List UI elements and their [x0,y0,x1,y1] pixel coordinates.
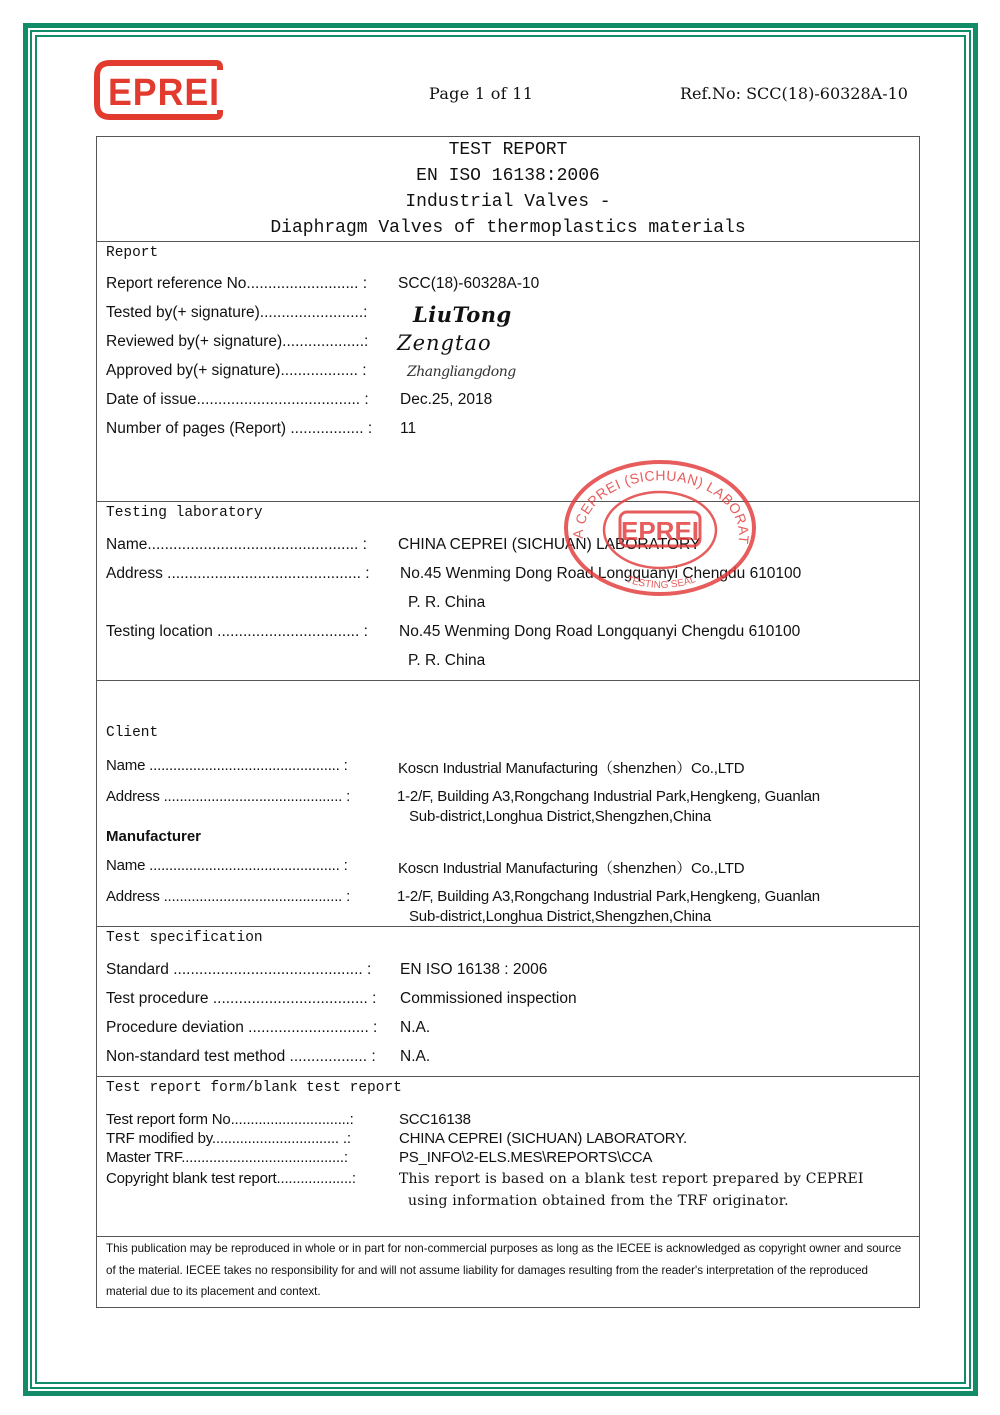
reference-number: Ref.No: SCC(18)-60328A-10 [680,84,908,103]
field-label: Address ................................… [106,888,350,905]
manufacturer-address-cont: Sub-district,Longhua District,Shengzhen,… [409,908,711,925]
divider [97,1076,919,1077]
divider [97,501,919,502]
field-label: Number of pages (Report) ...............… [106,420,372,438]
report-reference-row: Report reference No.....................… [106,275,367,293]
field-value: SCC(18)-60328A-10 [398,275,539,293]
field-label: Report reference No.....................… [106,275,367,293]
field-label: Non-standard test method ...............… [106,1048,376,1066]
trf-number-row: Test report form No.....................… [106,1111,354,1128]
copyright-row: Copyright blank test report.............… [106,1170,356,1187]
number-of-pages-row: Number of pages (Report) ...............… [106,420,372,438]
report-title: TEST REPORT [97,140,919,160]
divider [97,926,919,927]
manufacturer-address-row: Address ................................… [106,888,350,905]
section-title-manufacturer: Manufacturer [106,828,201,845]
field-label: Test report form No.....................… [106,1111,354,1128]
section-title-test-report-form: Test report form/blank test report [106,1080,402,1096]
section-title-client: Client [106,725,158,741]
field-label: Date of issue...........................… [106,391,369,409]
divider [97,680,919,681]
field-value: SCC16138 [399,1111,471,1128]
field-label: Testing location .......................… [106,623,368,641]
field-value: No.45 Wenming Dong Road Longquanyi Cheng… [400,565,801,583]
field-value: CHINA CEPREI (SICHUAN) LABORATORY [398,536,700,554]
copyright-cont: using information obtained from the TRF … [408,1193,789,1209]
field-label: Standard ...............................… [106,961,371,979]
reviewed-by-row: Reviewed by(+ signature)................… [106,333,368,351]
field-value: This report is based on a blank test rep… [399,1171,864,1187]
standard-row: Standard ...............................… [106,961,371,979]
disclaimer-text: This publication may be reproduced in wh… [106,1238,911,1303]
non-standard-method-row: Non-standard test method ...............… [106,1048,376,1066]
client-address-cont: Sub-district,Longhua District,Shengzhen,… [409,808,711,825]
divider [97,241,919,242]
lab-address-cont: P. R. China [408,594,485,612]
field-label: Copyright blank test report.............… [106,1170,356,1187]
subject-subtitle: Diaphragm Valves of thermoplastics mater… [97,218,919,238]
section-title-testing-laboratory: Testing laboratory [106,505,263,521]
field-value: Dec.25, 2018 [400,391,492,409]
field-value: N.A. [400,1019,430,1037]
testing-location-cont: P. R. China [408,652,485,670]
field-value: N.A. [400,1048,430,1066]
svg-text:EPREI: EPREI [108,72,220,114]
field-label: Master TRF..............................… [106,1149,348,1166]
field-value: CHINA CEPREI (SICHUAN) LABORATORY. [399,1130,687,1147]
field-value: 1-2/F, Building A3,Rongchang Industrial … [397,788,820,805]
testing-location-row: Testing location .......................… [106,623,368,641]
field-label: Reviewed by(+ signature)................… [106,333,368,351]
report-table: TEST REPORT EN ISO 16138:2006 Industrial… [96,136,920,1308]
trf-modified-by-row: TRF modified by.........................… [106,1130,351,1147]
field-value: Commissioned inspection [400,990,577,1008]
lab-address-row: Address ................................… [106,565,370,583]
field-value: Koscn Industrial Manufacturing（shenzhen）… [398,857,744,878]
reviewed-by-signature: Zengtao [397,331,492,355]
field-label: Procedure deviation ....................… [106,1019,377,1037]
client-address-row: Address ................................… [106,788,350,805]
field-label: Address ................................… [106,788,350,805]
tested-by-signature: LiuTong [413,302,512,327]
procedure-deviation-row: Procedure deviation ....................… [106,1019,377,1037]
field-value: No.45 Wenming Dong Road Longquanyi Cheng… [399,623,800,641]
field-label: Approved by(+ signature)................… [106,362,367,380]
client-name-row: Name ...................................… [106,757,348,774]
field-value: 1-2/F, Building A3,Rongchang Industrial … [397,888,820,905]
ceprei-logo: EPREI [92,58,224,122]
lab-name-row: Name....................................… [106,536,367,554]
field-label: Tested by(+ signature)..................… [106,304,367,322]
field-label: Name ...................................… [106,757,348,774]
field-label: Name....................................… [106,536,367,554]
subject-title: Industrial Valves - [97,192,919,212]
approved-by-row: Approved by(+ signature)................… [106,362,367,380]
section-title-report: Report [106,245,158,261]
field-label: Test procedure .........................… [106,990,376,1008]
field-value: Koscn Industrial Manufacturing（shenzhen）… [398,757,744,778]
tested-by-row: Tested by(+ signature)..................… [106,304,367,322]
manufacturer-name-row: Name ...................................… [106,857,348,874]
test-procedure-row: Test procedure .........................… [106,990,376,1008]
field-value: PS_INFO\2-ELS.MES\REPORTS\CCA [399,1149,652,1166]
field-label: Name ...................................… [106,857,348,874]
standard-title: EN ISO 16138:2006 [97,166,919,186]
date-of-issue-row: Date of issue...........................… [106,391,369,409]
section-title-test-specification: Test specification [106,930,263,946]
approved-by-signature: Zhangliangdong [407,364,516,380]
page-indicator: Page 1 of 11 [429,84,533,103]
field-value: 11 [400,420,416,438]
field-label: TRF modified by.........................… [106,1130,351,1147]
master-trf-row: Master TRF..............................… [106,1149,348,1166]
field-label: Address ................................… [106,565,370,583]
field-value: EN ISO 16138 : 2006 [400,961,547,979]
divider [97,1236,919,1237]
